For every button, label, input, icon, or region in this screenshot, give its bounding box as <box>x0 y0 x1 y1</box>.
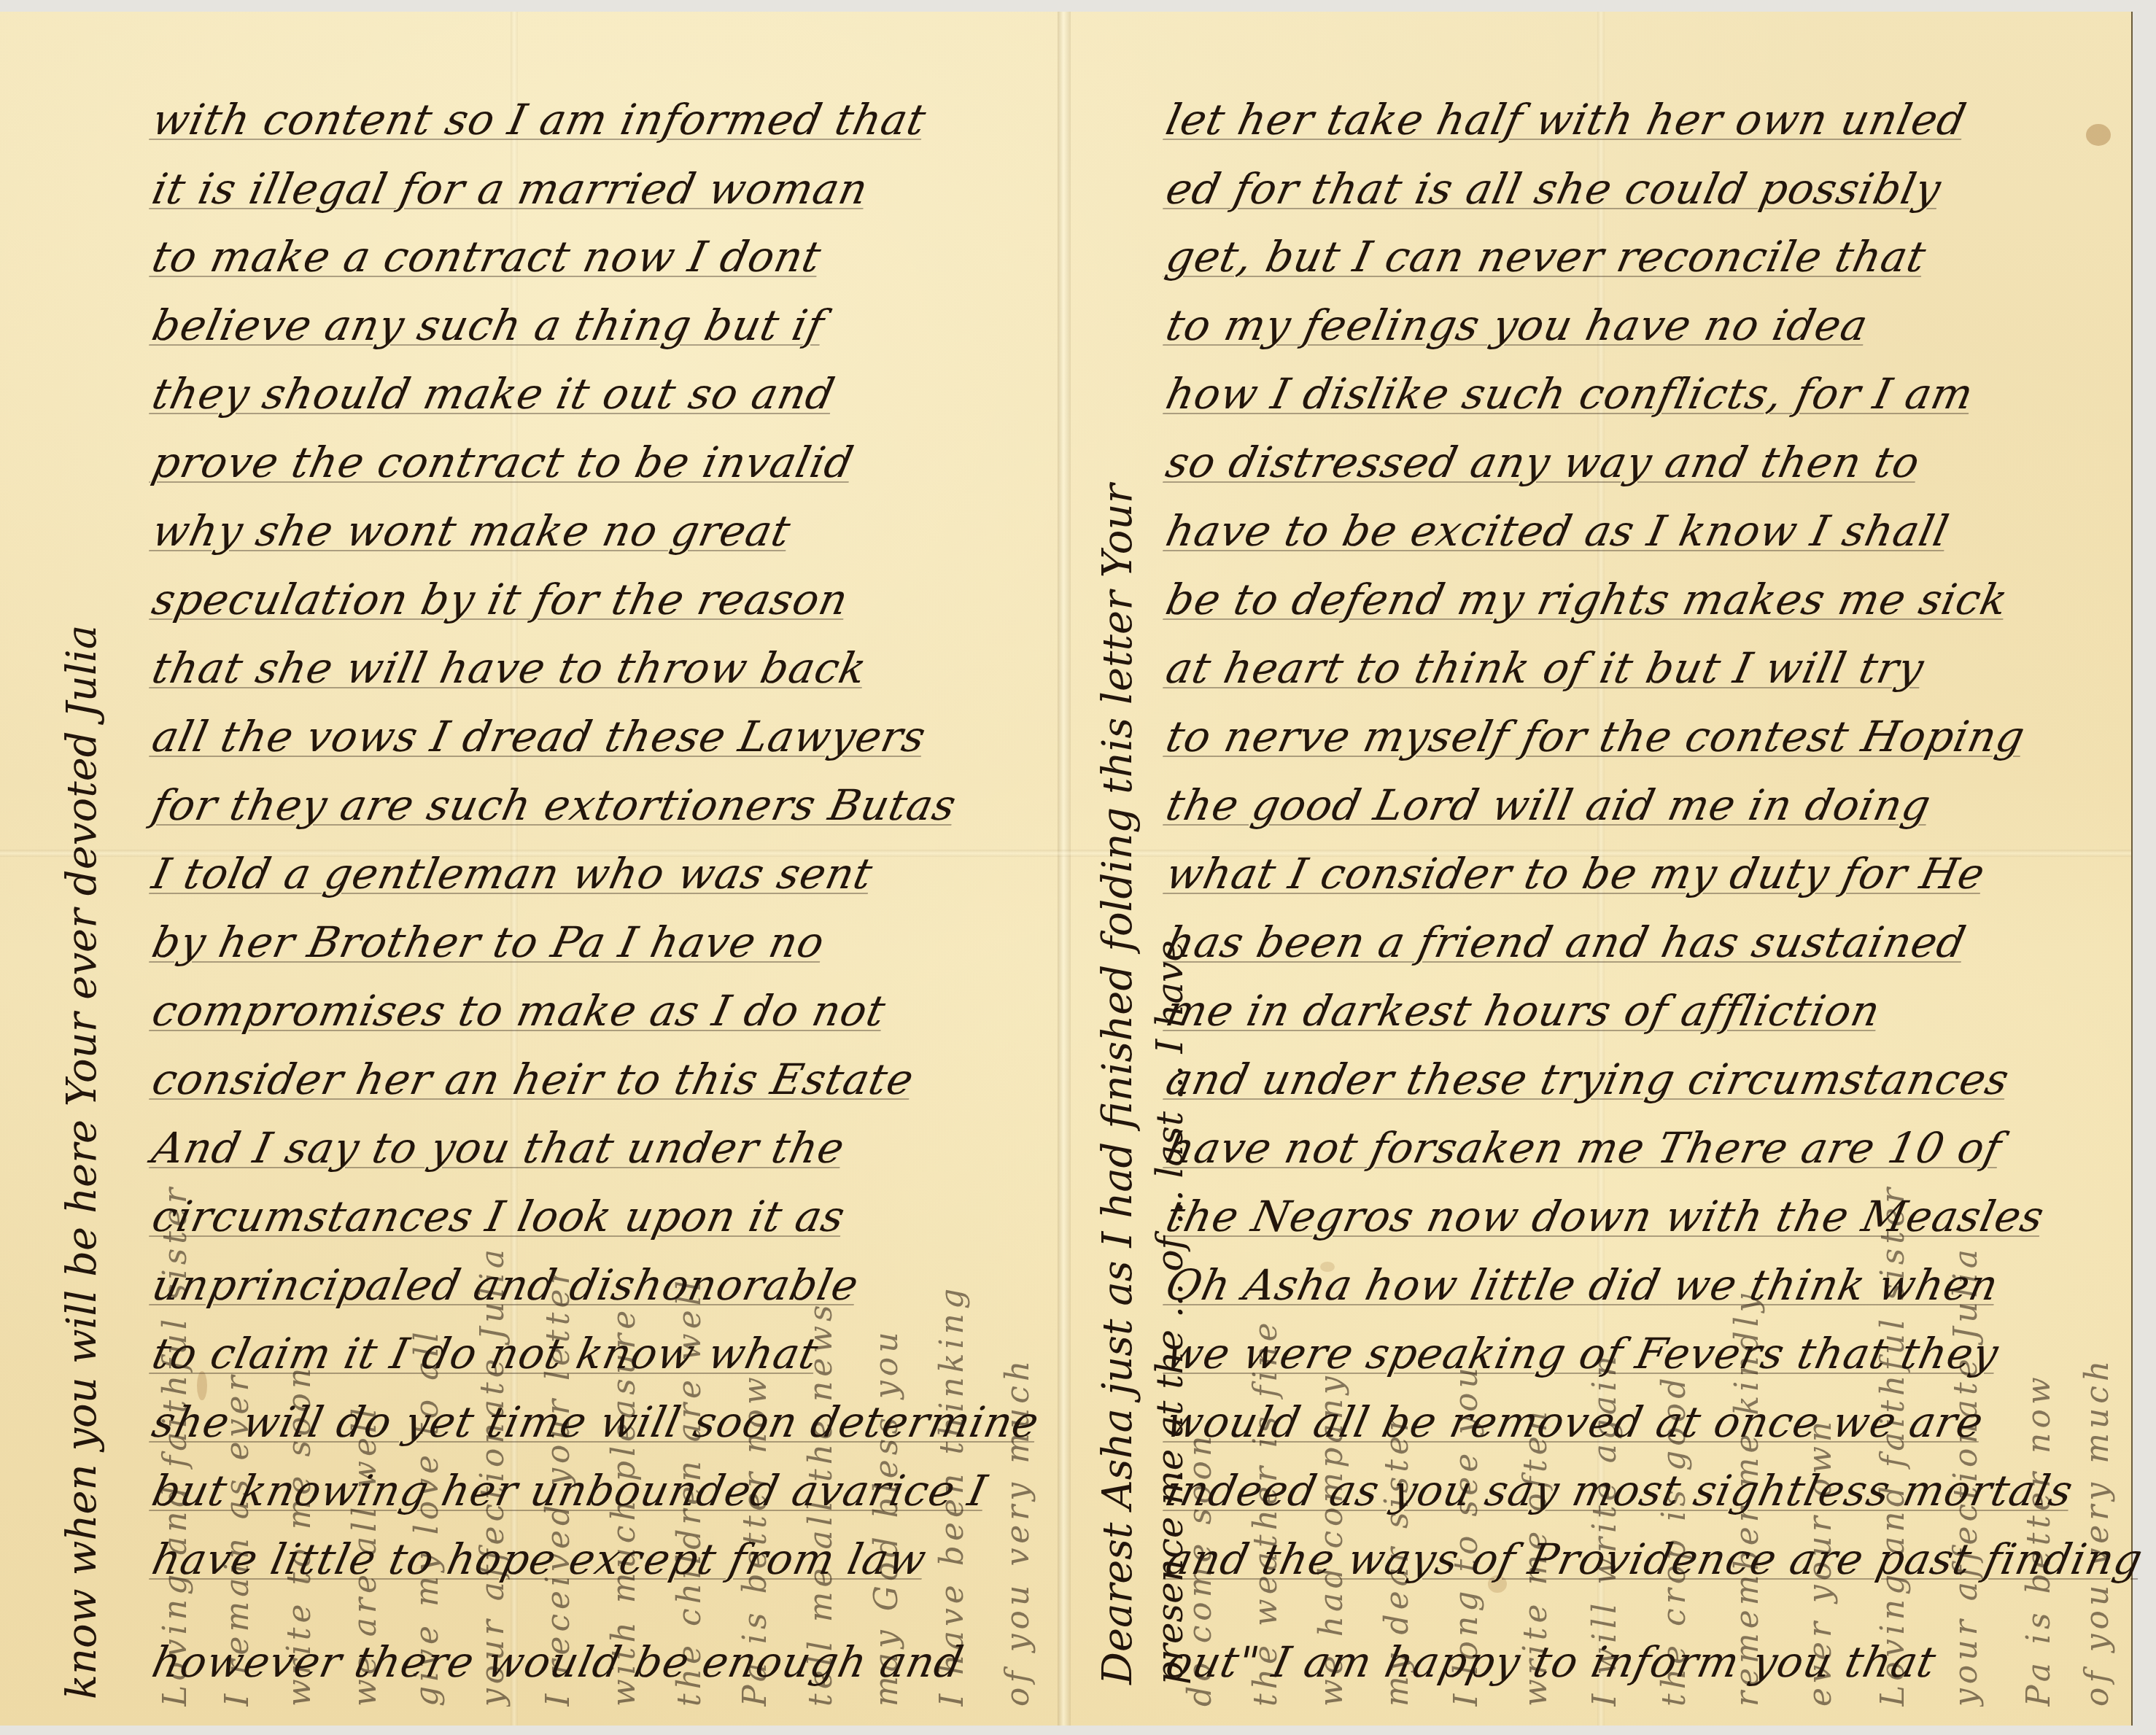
letter-line: that she will have to throw back <box>148 643 872 693</box>
letter-line: me in darkest hours of affliction <box>1162 986 1885 1036</box>
letter-line: believe any such a thing but if <box>148 300 829 350</box>
letter-line: the Negros now down with the Measles <box>1162 1192 2049 1241</box>
letter-line: to make a contract now I dont <box>148 232 826 282</box>
letter-line: be to defend my rights makes me sick <box>1162 575 2013 624</box>
letter-line: consider her an heir to this Estate <box>148 1055 918 1104</box>
letter-line: but knowing her unbounded avarice I <box>148 1466 992 1515</box>
letter-line: would all be removed at once we are <box>1162 1397 1988 1447</box>
letter-line: have to be excited as I know I shall <box>1162 506 1954 556</box>
letter-line: circumstances I look upon it as <box>148 1192 850 1241</box>
letter-line: unprincipaled and dishonorable <box>148 1260 864 1310</box>
letter-line: compromises to make as I do not <box>148 986 891 1036</box>
letter-line: we were speaking of Fevers that they <box>1162 1329 2004 1378</box>
center-fold-crease <box>1058 12 1071 1726</box>
letter-line: I told a gentleman who was sent <box>148 849 877 898</box>
letter-line: the good Lord will aid me in doing <box>1162 780 1936 830</box>
letter-line: have not forsaken me There are 10 of <box>1162 1123 2006 1173</box>
letter-line: has been a friend and has sustained <box>1162 917 1971 967</box>
letter-line: with content so I am informed that <box>148 95 931 144</box>
letter-line: what I consider to be my duty for He <box>1162 849 1990 898</box>
letter-line: and under these trying circumstances <box>1162 1055 2014 1104</box>
letter-line: at heart to think of it but I will try <box>1162 643 1929 693</box>
letter-line: how I dislike such conflicts, for I am <box>1162 369 1978 419</box>
letter-line: speculation by it for the reason <box>148 575 853 624</box>
letter-line: all the vows I dread these Lawyers <box>148 712 931 761</box>
letter-line: let her take half with her own unled <box>1162 95 1971 144</box>
letter-line: to my feelings you have no idea <box>1162 300 1872 350</box>
letter-line: And I say to you that under the <box>148 1123 850 1173</box>
cross-writing-column: may God bless you <box>868 29 919 1707</box>
letter-line: why she wont make no great <box>148 506 795 556</box>
cross-writing-column: of you very much <box>999 29 1050 1707</box>
cross-writing-column: I have been thinking <box>934 29 985 1707</box>
letter-line: have little to hope except from law <box>148 1534 931 1584</box>
left-margin-signature: know when you will be here Your ever dev… <box>58 625 106 1699</box>
letter-line: out" I am happy to inform you that <box>1162 1637 1941 1687</box>
letter-line: prove the contract to be invalid <box>148 438 858 487</box>
center-margin-postscript-2: presence me at the ... of ... last ... I… <box>1149 940 1191 1685</box>
letter-line: for they are such extortioners Butas <box>148 780 961 830</box>
letter-line: to nerve myself for the contest Hoping <box>1162 712 2030 761</box>
letter-line: it is illegal for a married woman <box>148 164 873 214</box>
letter-line: indeed as you say most sightless mortals <box>1162 1466 2078 1515</box>
letter-line: Oh Asha how little did we think when <box>1162 1260 2004 1310</box>
letter-line: they should make it out so and <box>148 369 839 419</box>
letter-line: by her Brother to Pa I have no <box>148 917 829 967</box>
center-margin-postscript: Dearest Asha just as I had finished fold… <box>1094 484 1141 1685</box>
letter-line: however there would be enough and <box>148 1637 968 1687</box>
letter-line: to claim it I do not know what <box>148 1329 823 1378</box>
letter-line: she will do yet time will soon determine <box>148 1397 1044 1447</box>
cross-writing-column: Pa is better now <box>2020 29 2071 1707</box>
cross-writing-column: of you very much <box>2079 29 2130 1707</box>
letter-line: get, but I can never reconcile that <box>1162 232 1931 282</box>
letter-line: ed for that is all she could possibly <box>1162 164 1946 214</box>
letter-line: so distressed any way and then to <box>1162 438 1925 487</box>
letter-line: and the ways of Providence are past find… <box>1162 1534 2147 1584</box>
